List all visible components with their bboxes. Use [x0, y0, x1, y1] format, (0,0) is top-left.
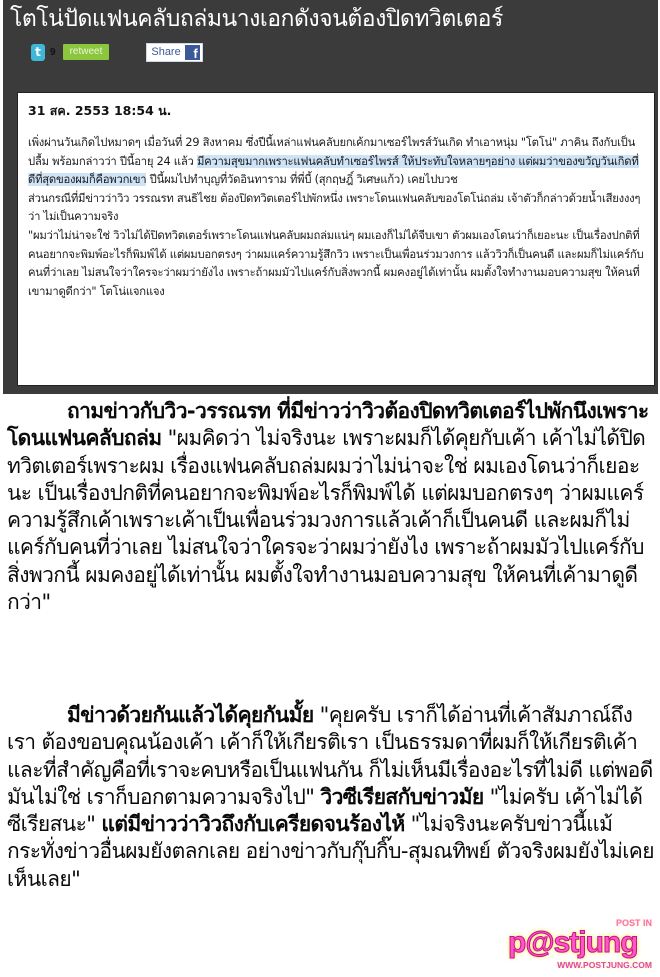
article-paragraph-2: ส่วนกรณีที่มีข่าวว่าวิว วรรณรท สนธิไชย ต…	[28, 190, 644, 227]
watermark-url: WWW.POSTJUNG.COM	[557, 960, 652, 970]
article-screenshot-panel: โตโน่ปัดแฟนคลับถล่มนางเอกดังจนต้องปิดทวิ…	[3, 0, 658, 394]
dateline: 31 สค. 2553 18:54 น.	[28, 103, 644, 119]
headline: โตโน่ปัดแฟนคลับถล่มนางเอกดังจนต้องปิดทวิ…	[10, 3, 503, 35]
article-paragraph-3: "ผมว่าไม่น่าจะใช่ วิวไม่ได้ปิดทวิตเตอร์เ…	[28, 227, 644, 301]
interview-question-3: วิวซีเรียสกับข่าวมัย	[320, 785, 483, 809]
article-body: เพิ่งผ่านวันเกิดไปหมาดๆ เมื่อวันที่ 29 ส…	[28, 134, 644, 301]
interview-answer-1: "ผมคิดว่า ไม่จริงนะ เพราะผมก็ได้คุยกับเค…	[7, 426, 645, 614]
postjung-logo-icon: p@stjung	[508, 926, 638, 960]
share-bar: t 9 retweet Share f	[31, 42, 203, 62]
article-paragraph-1: เพิ่งผ่านวันเกิดไปหมาดๆ เมื่อวันที่ 29 ส…	[28, 134, 644, 190]
interview-question-2: มีข่าวด้วยกันแล้วได้คุยกันมั้ย	[67, 703, 314, 727]
facebook-share-button[interactable]: Share f	[146, 43, 202, 62]
retweet-button[interactable]: retweet	[63, 44, 110, 60]
postjung-watermark: POST IN p@stjung WWW.POSTJUNG.COM	[508, 918, 656, 974]
tweet-count: 9	[50, 47, 56, 58]
twitter-bird-icon[interactable]: t	[31, 44, 45, 61]
interview-question-4: แต่มีข่าวว่าวิวถึงกับเครียดจนร้องไห้	[101, 812, 404, 836]
article-content-box: 31 สค. 2553 18:54 น. เพิ่งผ่านวันเกิดไปห…	[17, 92, 655, 386]
interview-block-1: ถามข่าวกับวิว-วรรณรท ที่มีข่าวว่าวิวต้อง…	[7, 398, 657, 616]
interview-block-2: มีข่าวด้วยกันแล้วได้คุยกันมั้ย "คุยครับ …	[7, 702, 657, 893]
facebook-share-label: Share	[151, 46, 180, 58]
facebook-icon: f	[185, 45, 200, 60]
paragraph-1-tail: ปีนี้ผมไปทำบุญที่วัดอินทาราม ที่พี่บี้ (…	[146, 173, 457, 186]
